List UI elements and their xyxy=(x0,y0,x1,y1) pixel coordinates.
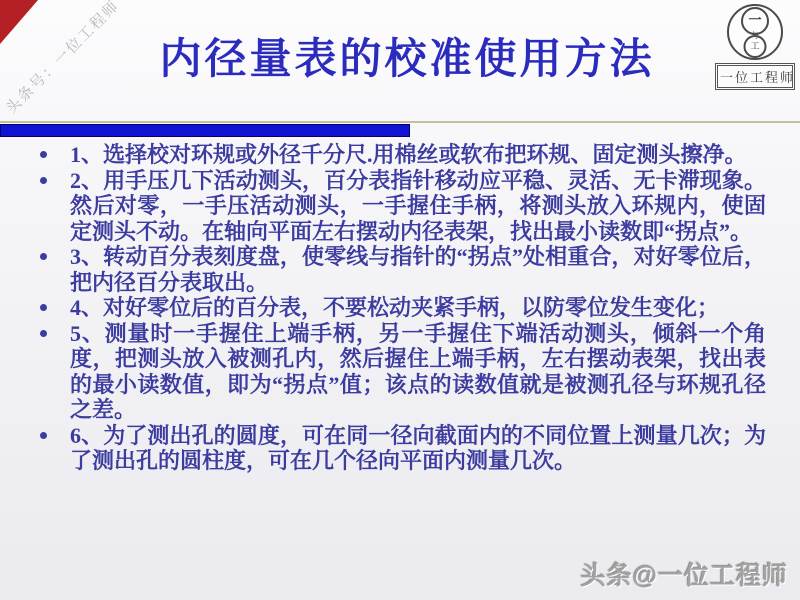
header-accent-bar xyxy=(0,124,410,137)
bullet-text: 6、为了测出孔的圆度，可在同一径向截面内的不同位置上测量几次；为了测出孔的圆柱度… xyxy=(70,423,766,474)
bullet-item: 3、转动百分表刻度盘，使零线与指针的“拐点”处相重合，对好零位后，把内径百分表取… xyxy=(40,244,766,295)
bullet-dot-icon xyxy=(40,142,70,158)
bullet-text: 2、用手压几下活动测头，百分表指针移动应平稳、灵活、无卡滞现象。然后对零，一手压… xyxy=(70,168,766,245)
logo-seal-icon: 一 与 工 xyxy=(727,4,783,60)
bullet-item: 5、测量时一手握住上端手柄，另一手握住下端活动测头，倾斜一个角度，把测头放入被测… xyxy=(40,321,766,423)
bullet-dot-icon xyxy=(40,423,70,439)
header-rule-line xyxy=(0,121,800,123)
bullet-dot-icon xyxy=(40,168,70,184)
logo-label: 一位工程师 xyxy=(715,63,795,90)
bullet-text: 4、对好零位后的百分表，不要松动夹紧手柄，以防零位发生变化； xyxy=(70,295,766,321)
bullet-list: 1、选择校对环规或外径千分尺.用棉丝或软布把环规、固定测头擦净。 2、用手压几下… xyxy=(40,142,766,474)
bullet-item: 6、为了测出孔的圆度，可在同一径向截面内的不同位置上测量几次；为了测出孔的圆柱度… xyxy=(40,423,766,474)
slide-title: 内径量表的校准使用方法 xyxy=(0,26,800,86)
bottom-watermark: 头条@一位工程师 xyxy=(581,556,788,592)
brand-logo: 一 与 工 一位工程师 xyxy=(715,4,795,90)
bullet-dot-icon xyxy=(40,295,70,311)
presentation-slide: 头条号：一位工程师 内径量表的校准使用方法 一 与 工 一位工程师 1、选择校对… xyxy=(0,0,800,600)
bullet-dot-icon xyxy=(40,244,70,260)
bullet-item: 4、对好零位后的百分表，不要松动夹紧手柄，以防零位发生变化； xyxy=(40,295,766,321)
bullet-text: 1、选择校对环规或外径千分尺.用棉丝或软布把环规、固定测头擦净。 xyxy=(70,142,766,168)
bullet-item: 2、用手压几下活动测头，百分表指针移动应平稳、灵活、无卡滞现象。然后对零，一手压… xyxy=(40,168,766,245)
logo-glyph-bottom: 工 xyxy=(744,35,767,58)
bullet-dot-icon xyxy=(40,321,70,337)
bullet-text: 3、转动百分表刻度盘，使零线与指针的“拐点”处相重合，对好零位后，把内径百分表取… xyxy=(70,244,766,295)
bullet-item: 1、选择校对环规或外径千分尺.用棉丝或软布把环规、固定测头擦净。 xyxy=(40,142,766,168)
bullet-text: 5、测量时一手握住上端手柄，另一手握住下端活动测头，倾斜一个角度，把测头放入被测… xyxy=(70,321,766,423)
